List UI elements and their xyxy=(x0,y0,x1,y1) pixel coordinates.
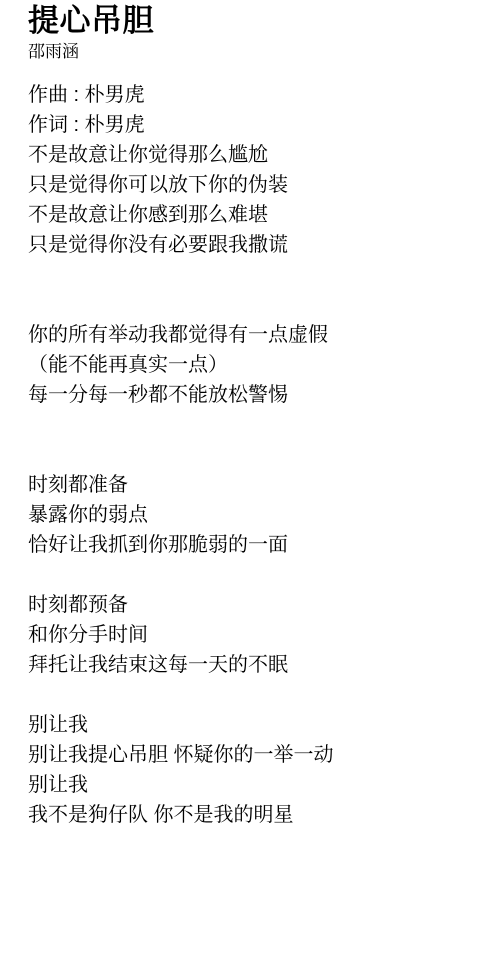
lyric-line: （能不能再真实一点） xyxy=(28,350,490,380)
lyric-line xyxy=(28,410,490,440)
lyric-line xyxy=(28,260,490,290)
song-title: 提心吊胆 xyxy=(28,0,490,41)
lyric-line: 你的所有举动我都觉得有一点虚假 xyxy=(28,320,490,350)
song-artist: 邵雨涵 xyxy=(28,41,490,63)
lyric-line: 作曲 : 朴男虎 xyxy=(28,80,490,110)
lyric-line: 不是故意让你感到那么难堪 xyxy=(28,200,490,230)
lyric-line: 别让我提心吊胆 怀疑你的一举一动 xyxy=(28,740,490,770)
lyric-line: 拜托让我结束这每一天的不眠 xyxy=(28,650,490,680)
lyric-line: 别让我 xyxy=(28,710,490,740)
lyric-line xyxy=(28,440,490,470)
lyric-line: 别让我 xyxy=(28,770,490,800)
lyrics-page: 提心吊胆 邵雨涵 作曲 : 朴男虎作词 : 朴男虎不是故意让你觉得那么尴尬只是觉… xyxy=(0,0,500,830)
lyric-line xyxy=(28,290,490,320)
lyric-line: 我不是狗仔队 你不是我的明星 xyxy=(28,800,490,830)
lyric-line: 每一分每一秒都不能放松警惕 xyxy=(28,380,490,410)
lyric-line: 只是觉得你没有必要跟我撒谎 xyxy=(28,230,490,260)
lyrics-body: 作曲 : 朴男虎作词 : 朴男虎不是故意让你觉得那么尴尬只是觉得你可以放下你的伪… xyxy=(28,80,490,830)
lyric-line: 作词 : 朴男虎 xyxy=(28,110,490,140)
lyric-line: 时刻都预备 xyxy=(28,590,490,620)
lyric-line: 只是觉得你可以放下你的伪装 xyxy=(28,170,490,200)
lyric-line: 暴露你的弱点 xyxy=(28,500,490,530)
lyric-line: 不是故意让你觉得那么尴尬 xyxy=(28,140,490,170)
lyric-line xyxy=(28,560,490,590)
lyric-line: 恰好让我抓到你那脆弱的一面 xyxy=(28,530,490,560)
lyric-line: 和你分手时间 xyxy=(28,620,490,650)
lyric-line xyxy=(28,680,490,710)
lyric-line: 时刻都准备 xyxy=(28,470,490,500)
